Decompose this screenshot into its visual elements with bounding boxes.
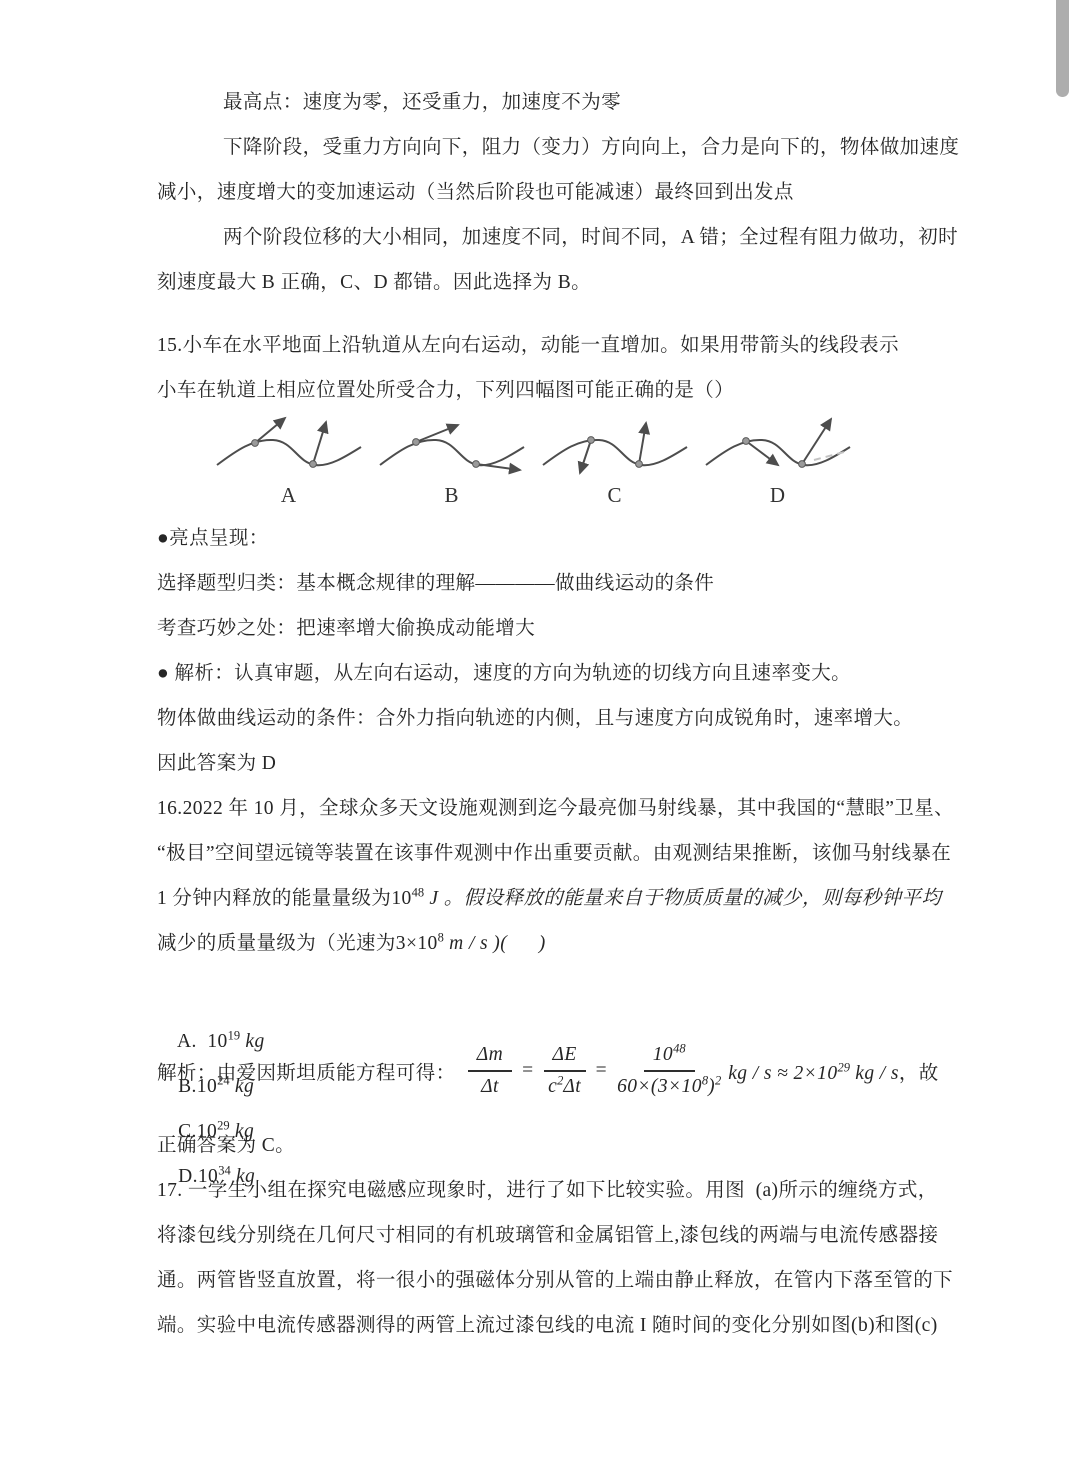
q15-line-2: 小车在轨道上相应位置处所受合力，下列四幅图可能正确的是（）: [157, 368, 947, 413]
fraction-dE-c2dt: ΔEc2Δt: [544, 1042, 586, 1100]
fraction-numeric: 104860×(3×108)2: [617, 1042, 721, 1100]
para14-line-1: 最高点：速度为零，还受重力，加速度不为零: [157, 80, 947, 125]
figure-b-curve: [372, 413, 532, 483]
q15-analysis-line-1: ● 解析：认真审题，从左向右运动，速度的方向为轨迹的切线方向且速率变大。: [157, 651, 947, 696]
q16-line-4: 减少的质量量级为（光速为3×108 m / s )( ): [157, 921, 947, 966]
document-page: 最高点：速度为零，还受重力，加速度不为零 下降阶段，受重力方向向下，阻力（变力）…: [157, 80, 947, 1348]
equals-sign: =: [522, 1060, 533, 1082]
q16-solution-result: kg / s ≈ 2×1029 kg / s，故: [728, 1057, 938, 1085]
q16-line-2: “极目”空间望远镜等装置在该事件观测中作出重要贡献。由观测结果推断，该伽马射线暴…: [157, 831, 947, 876]
highlight-title: ●亮点呈现：: [157, 516, 947, 561]
q17-line-2: 将漆包线分别绕在几何尺寸相同的有机玻璃管和金属铝管上,漆包线的两端与电流传感器接: [157, 1213, 947, 1258]
equals-sign: =: [596, 1060, 607, 1082]
figure-a-label: A: [281, 484, 296, 506]
figure-a-curve: [209, 413, 369, 483]
q16-options: A. 1019 kg B.1024 kg C.1029 kg D.1034 kg: [157, 974, 947, 1019]
q15-analysis-line-2: 物体做曲线运动的条件：合外力指向轨迹的内侧，且与速度方向成锐角时，速率增大。: [157, 696, 947, 741]
q17-line-3: 通。两管皆竖直放置，将一很小的强磁体分别从管的上端由静止释放，在管内下落至管的下: [157, 1258, 947, 1303]
figure-b-label: B: [444, 484, 458, 506]
para14-line-4: 两个阶段位移的大小相同，加速度不同，时间不同，A 错；全过程有阻力做功，初时: [157, 215, 947, 260]
figure-c-label: C: [607, 484, 621, 506]
highlight-trick-line: 考查巧妙之处：把速率增大偷换成动能增大: [157, 606, 947, 651]
q17-line-1: 17. 一学生小组在探究电磁感应现象时，进行了如下比较实验。用图 (a)所示的缠…: [157, 1168, 947, 1213]
q17-line-4: 端。实验中电流传感器测得的两管上流过漆包线的电流 I 随时间的变化分别如图(b)…: [157, 1303, 947, 1348]
highlight-type-line: 选择题型归类：基本概念规律的理解————做曲线运动的条件: [157, 561, 947, 606]
option-figure-b: B: [370, 413, 533, 506]
figure-d-curve: [698, 413, 858, 483]
q15-line-1: 15.小车在水平地面上沿轨道从左向右运动，动能一直增加。如果用带箭头的线段表示: [157, 323, 947, 368]
option-figure-d: D: [696, 413, 859, 506]
q16-option-a: A. 1019 kg: [177, 1031, 265, 1052]
q16-answer-line: 正确答案为 C。: [157, 1123, 947, 1168]
q16-line-1: 16.2022 年 10 月，全球众多天文设施观测到迄今最亮伽马射线暴，其中我国…: [157, 786, 947, 831]
option-figure-a: A: [207, 413, 370, 506]
q16-solution-prefix: 解析：由爱因斯坦质能方程可得：: [157, 1057, 461, 1085]
figure-d-label: D: [770, 484, 785, 506]
q16-line-3: 1 分钟内释放的能量量级为1048 J 。假设释放的能量来自于物质质量的减少，则…: [157, 876, 947, 921]
option-figure-c: C: [533, 413, 696, 506]
q15-figure-row: A B C: [207, 413, 887, 508]
para14-line-3: 减小，速度增大的变加速运动（当然后阶段也可能减速）最终回到出发点: [157, 170, 947, 215]
para14-line-5: 刻速度最大 B 正确，C、D 都错。因此选择为 B。: [157, 260, 947, 305]
para14-line-2: 下降阶段，受重力方向向下，阻力（变力）方向向上，合力是向下的，物体做加速度: [157, 125, 947, 170]
fraction-dm-dt: ΔmΔt: [468, 1042, 512, 1100]
scrollbar-thumb[interactable]: [1056, 0, 1069, 97]
q15-answer-line: 因此答案为 D: [157, 741, 947, 786]
figure-c-curve: [535, 413, 695, 483]
